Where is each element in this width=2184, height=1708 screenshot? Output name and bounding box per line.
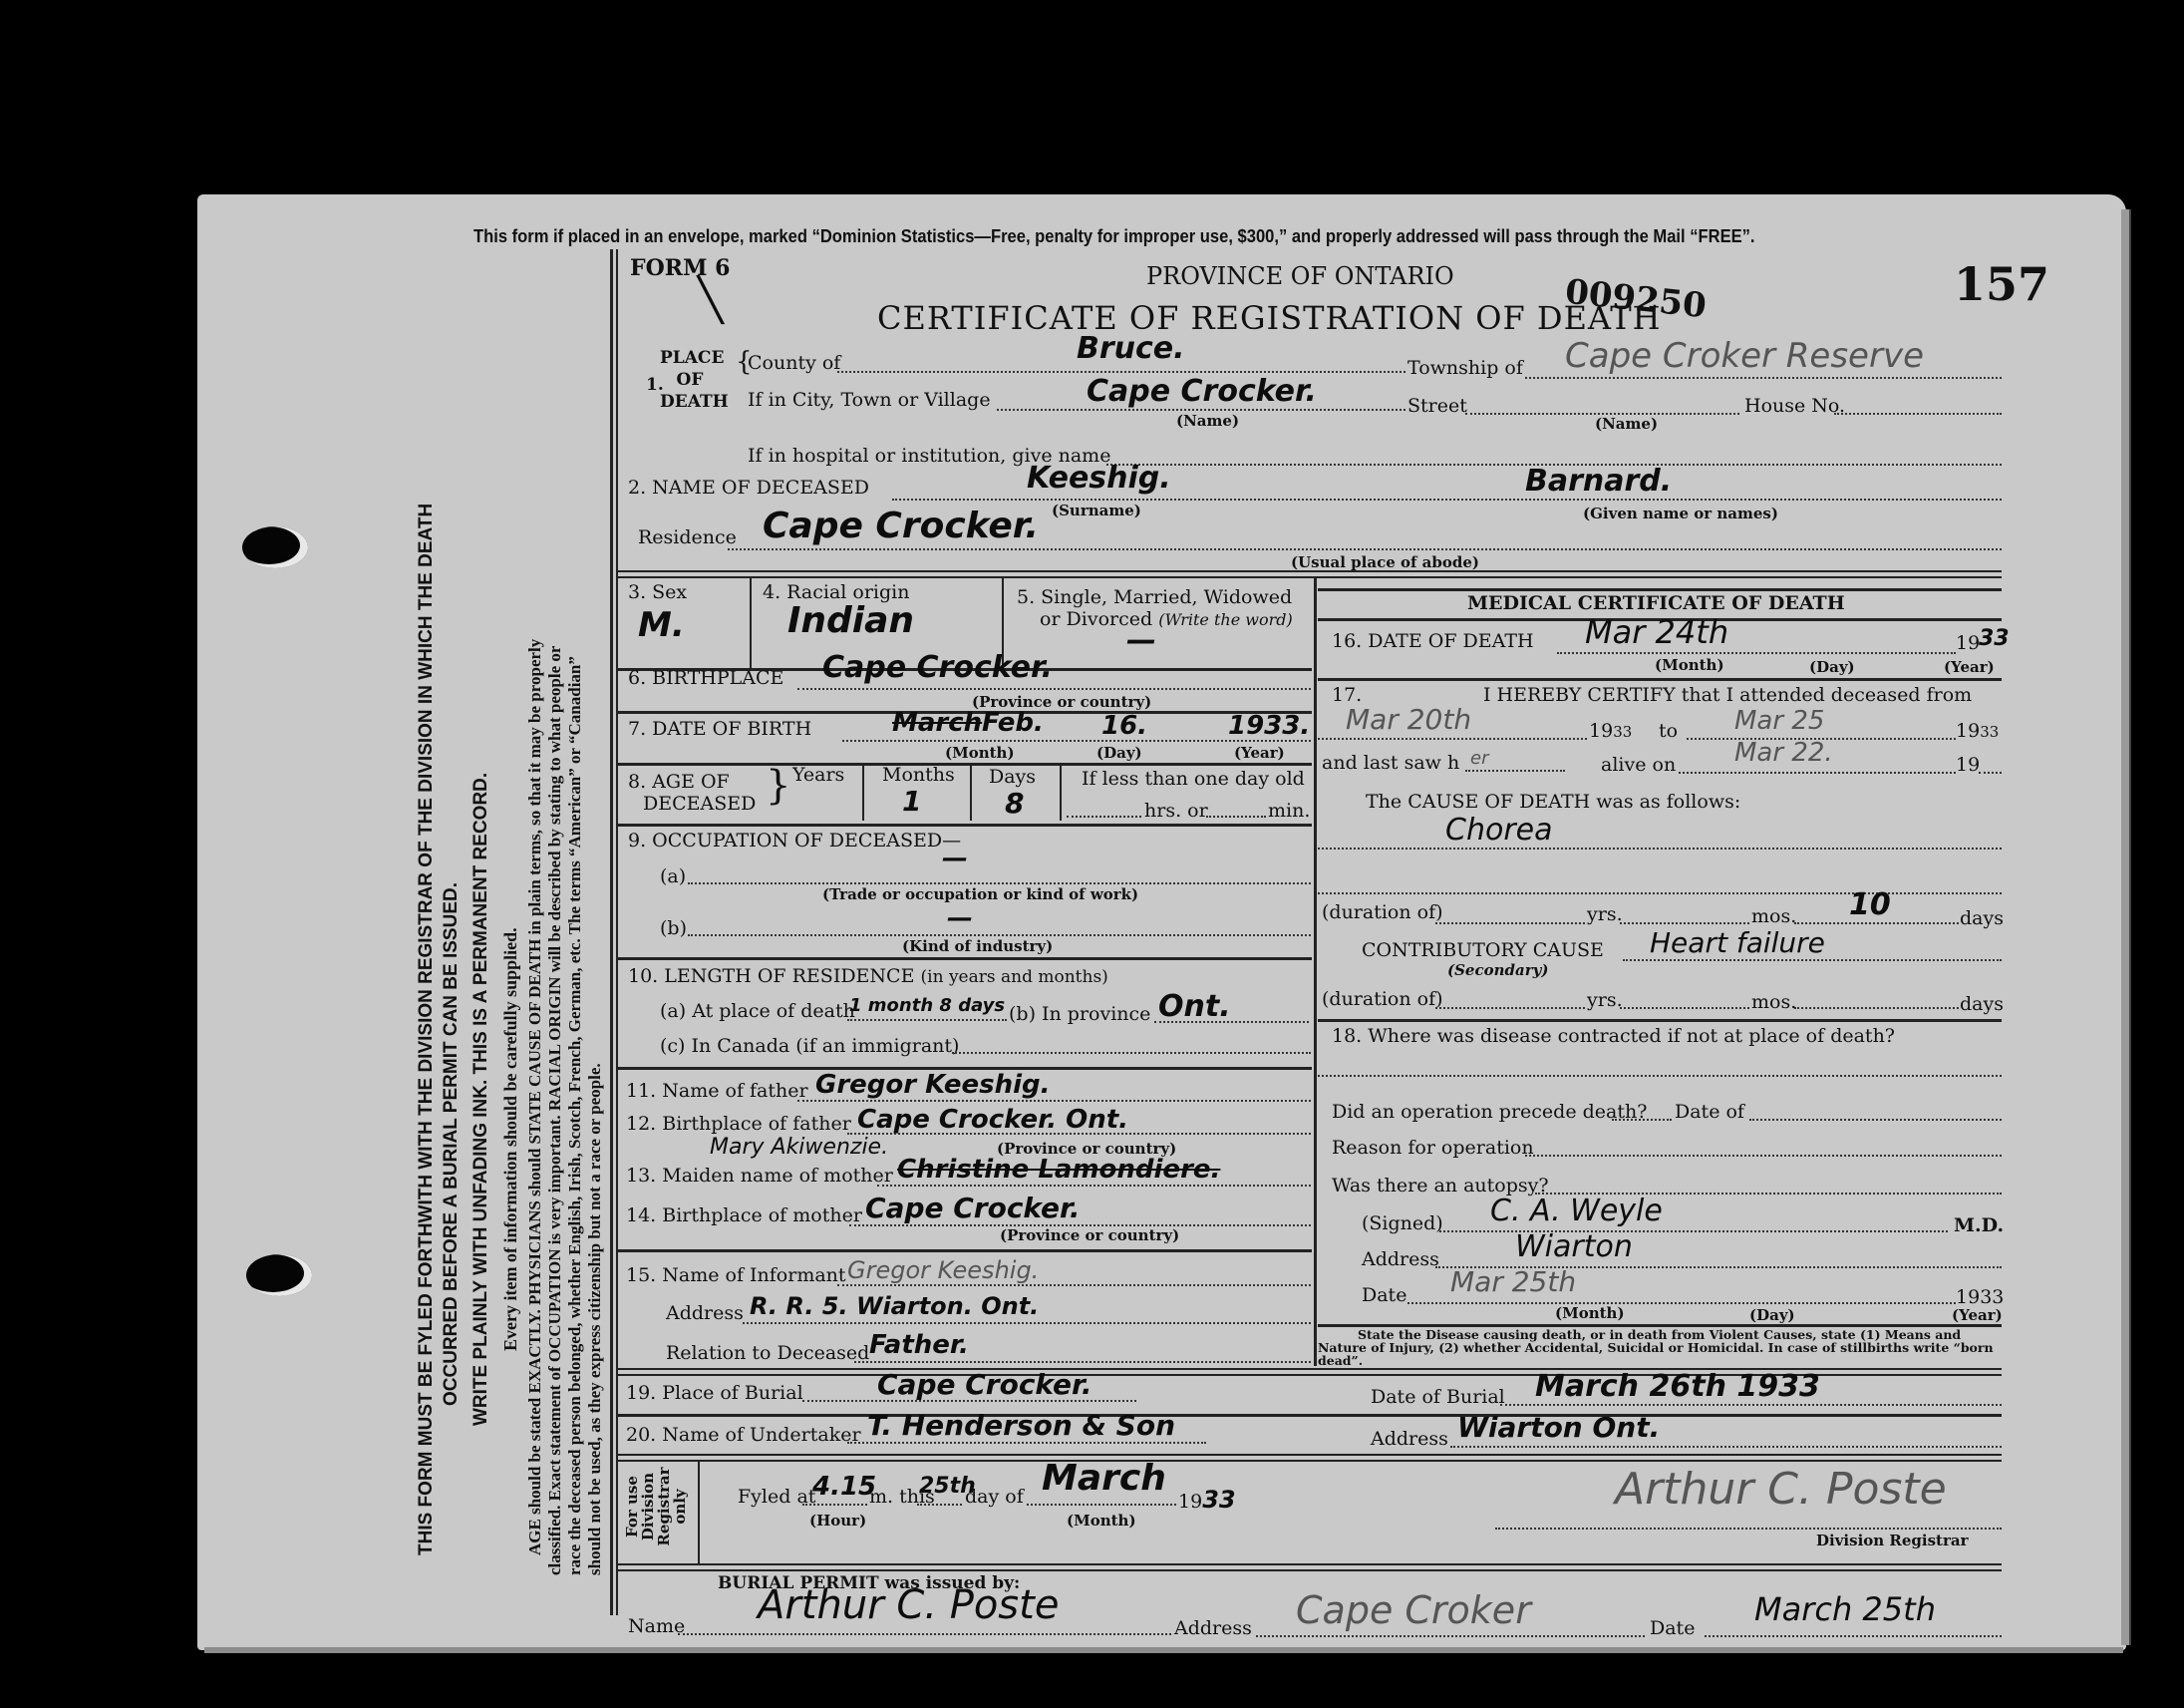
city-label: If in City, Town or Village [748,391,991,410]
certificate-date-year: 1933 [1956,1288,2004,1307]
dotted-line [1465,770,1565,772]
days-label: days [1960,995,2004,1014]
fyled-month-value[interactable]: March [1042,1461,1166,1497]
margin-instruction-7: race the deceased person belonged, wheth… [566,656,583,1575]
section-rule [618,1454,2002,1462]
permit-name-value[interactable]: Arthur C. Poste [758,1585,1059,1625]
birthplace-label: 6. BIRTHPLACE [628,664,783,688]
informant-address-label: Address [666,1304,744,1323]
occupation-label: 9. OCCUPATION OF DECEASED— [628,832,961,851]
undertaker-address-label: Address [1371,1430,1448,1449]
birthplace-value[interactable]: Cape Crocker. [822,653,1053,683]
row-rule [618,1414,2002,1417]
yrs-label: yrs. [1587,991,1623,1010]
caption: (Name) [1176,414,1239,429]
dotted-line [1256,1635,1645,1637]
given-name-value[interactable]: Barnard. [1525,467,1672,497]
caption: (Usual place of abode) [1291,555,1479,570]
to-label: to [1659,722,1678,741]
age-days-label: Days [989,768,1036,787]
registrar-only-label: For use Division Registrar only [624,1462,688,1551]
certificate-title: CERTIFICATE OF REGISTRATION OF DEATH [877,302,1662,334]
dotted-line [847,1442,1206,1444]
place-of-burial-label: 19. Place of Burial [626,1384,803,1403]
mother-maiden-name-label: 13. Maiden name of mother [626,1167,893,1186]
day-of-label: day of [965,1488,1024,1507]
permit-date-label: Date [1650,1619,1695,1638]
residence-value[interactable]: Cape Crocker. [763,509,1039,544]
brace-icon: } [766,766,790,806]
dotted-line [1318,892,2002,894]
margin-instruction-1: THIS FORM MUST BE FYLED FORTHWITH WITH T… [417,504,436,1555]
father-birthplace-label: 12. Birthplace of father [626,1115,851,1134]
racial-origin-value[interactable]: Indian [787,603,914,639]
row-rule [618,957,1312,960]
dotted-line [1525,377,2002,379]
caption: (Year) [1952,1308,2003,1323]
province-heading: PROVINCE OF ONTARIO [1146,264,1454,288]
relation-value[interactable]: Father. [869,1332,969,1358]
medical-heading: MEDICAL CERTIFICATE OF DEATH [1467,594,1845,613]
year-prefix: 19 [1956,634,1980,653]
duration-mos-value[interactable]: 10 [1849,890,1891,920]
residence-label: Residence [638,528,737,547]
date-of-birth-label: 7. DATE OF BIRTH [628,720,811,739]
row-rule [618,824,1312,827]
dotted-line [802,1504,867,1506]
row-rule [618,1249,1312,1252]
row-rule [1318,1019,2002,1022]
medical-note: State the Disease causing death, or in d… [1318,1328,2002,1367]
mother-maiden-name-struck: Christine Lamondiere. [897,1157,1220,1183]
attended-to-year: 1933 [1956,722,1999,741]
marital-label: 5. Single, Married, Widowed [1017,588,1292,607]
cell-divider [1060,766,1062,821]
dob-day-value[interactable]: 16. [1101,713,1147,739]
relation-label: Relation to Deceased [666,1344,869,1363]
place-of-burial-value[interactable]: Cape Crocker. [877,1371,1092,1399]
residence-in-province-value[interactable]: Ont. [1158,992,1231,1022]
caption: (Day) [1809,660,1855,675]
cell-divider [862,766,864,821]
father-name-value[interactable]: Gregor Keeshig. [815,1072,1051,1098]
punch-hole-icon [242,526,308,568]
alive-on-value[interactable]: Mar 22. [1734,740,1833,766]
residence-in-province-label: (b) In province [1009,1005,1150,1024]
place-of-death-label: PLACEOFDEATH [660,347,720,413]
permit-address-value[interactable]: Cape Croker [1296,1591,1531,1629]
father-birthplace-value[interactable]: Cape Crocker. Ont. [857,1107,1128,1133]
dotted-line [1495,1528,2002,1530]
dotted-line [1979,772,2002,774]
sex-value[interactable]: M. [638,608,685,642]
house-number-label: House No. [1744,397,1845,416]
margin-instruction-5: AGE should be stated EXACTLY. PHYSICIANS… [526,639,543,1555]
dotted-line [1612,1119,1672,1121]
dotted-line [1067,816,1141,818]
dotted-line [678,1633,1171,1635]
caption: (Kind of industry) [902,939,1053,954]
fyled-year: 1933 [1178,1488,1236,1512]
marital-label-2: or Divorced (Write the word) [1040,610,1293,629]
yrs-label: yrs. [1587,905,1623,924]
surname-value[interactable]: Keeshig. [1027,464,1171,494]
dotted-line [1794,922,1959,924]
dotted-line [1794,1007,1959,1009]
registrar-signature[interactable]: Arthur C. Poste [1615,1468,1947,1512]
mos-label: mos. [1751,907,1796,926]
residence-in-canada-label: (c) In Canada (if an immigrant) [660,1037,959,1056]
age-years-label: Years [792,766,844,785]
cause-label: The CAUSE OF DEATH was as follows: [1366,793,1740,812]
undertaker-label: 20. Name of Undertaker [626,1426,861,1445]
check-mark-icon: ╲ [698,279,723,321]
mailing-notice: This form if placed in an envelope, mark… [473,227,1755,245]
dotted-line [854,1361,1311,1363]
caption: (Given name or names) [1583,507,1778,521]
sex-label: 3. Sex [628,583,687,602]
dotted-line [797,1100,1311,1102]
caption: (Surname) [1052,504,1141,518]
physician-address-label: Address [1362,1250,1439,1269]
informant-name-value[interactable]: Gregor Keeshig. [847,1258,1039,1282]
alive-on-label: alive on [1601,756,1676,775]
occupation-b-value[interactable]: — [947,905,973,931]
cell-divider [750,576,752,668]
duration-label: (duration of) [1322,990,1443,1009]
row-rule [618,763,1312,766]
dotted-line [1679,772,1956,774]
dotted-line [1450,1446,2002,1448]
township-label: Township of [1407,359,1523,378]
margin-instruction-6: classified. Exact statement of OCCUPATIO… [546,646,563,1575]
row-rule [1318,678,2002,681]
min-label: min. [1268,802,1310,821]
physician-address-value[interactable]: Wiarton [1515,1232,1633,1262]
dob-month-struck: March [892,710,982,736]
date-of-death-year[interactable]: 33 [1979,628,2010,650]
dotted-line [688,882,1311,884]
caption: (Hour) [809,1514,866,1529]
margin-instruction-3: WRITE PLAINLY WITH UNFADING INK. THIS IS… [471,773,490,1426]
dotted-line [1620,922,1749,924]
caption: (Province or country) [1000,1228,1179,1243]
reason-label: Reason for operation [1332,1139,1534,1158]
dotted-line [743,1322,1311,1324]
dotted-line [1557,652,1956,654]
dotted-line [837,1284,1311,1286]
undertaker-address-value[interactable]: Wiarton Ont. [1457,1414,1660,1442]
contributory-cause-label: CONTRIBUTORY CAUSE [1362,941,1604,960]
street-label: Street [1407,397,1467,416]
mos-label: mos. [1751,993,1796,1012]
dotted-line [917,1504,962,1506]
section-rule [618,1563,2002,1571]
cell-divider [970,766,972,821]
operation-date-label: Date of [1675,1103,1744,1122]
dob-year-value[interactable]: 1933. [1228,713,1310,739]
row-rule [1318,588,2002,591]
punch-hole-icon [246,1254,312,1296]
less-than-day-label: If less than one day old [1082,770,1305,789]
mother-name-correction[interactable]: Mary Akiwenzie. [710,1137,888,1159]
undertaker-value[interactable]: T. Henderson & Son [867,1412,1175,1440]
operation-label: Did an operation precede death? [1332,1103,1647,1122]
caption: (Month) [1655,658,1724,673]
caption: (Name) [1595,417,1658,432]
attended-from-year: 1933 [1589,722,1632,741]
cell-divider [698,1460,700,1563]
signed-label: (Signed) [1362,1214,1443,1233]
dotted-line [1834,413,2002,415]
occupation-a-value[interactable]: — [942,846,968,871]
father-name-label: 11. Name of father [626,1082,808,1101]
caption: (Secondary) [1447,963,1548,978]
informant-name-label: 15. Name of Informant [626,1266,846,1285]
days-label: days [1960,909,2004,928]
date-of-death-label: 16. DATE OF DEATH [1332,632,1534,651]
dotted-line [1749,1119,2002,1121]
mother-birthplace-value[interactable]: Cape Crocker. [865,1195,1080,1222]
date-of-death-value[interactable]: Mar 24th [1585,616,1728,648]
dotted-line [1318,738,1587,740]
dotted-line [1027,1504,1176,1506]
last-saw-label: and last saw h [1322,754,1459,773]
informant-address-value[interactable]: R. R. 5. Wiarton. Ont. [750,1294,1039,1318]
permit-name-label: Name [628,1617,685,1636]
duration-label: (duration of) [1322,903,1443,922]
caption: (Day) [1749,1308,1795,1323]
dotted-line [892,499,2002,501]
margin-instruction-2: OCCURRED BEFORE A BURIAL PERMIT CAN BE I… [442,882,461,1406]
physician-signature[interactable]: C. A. Weyle [1490,1196,1663,1226]
column-divider [1314,576,1317,1366]
age-days-value[interactable]: 8 [1005,790,1024,818]
age-label: 8. AGE OF [628,773,730,792]
dotted-line [837,371,1405,373]
certify-text: I HEREBY CERTIFY that I attended decease… [1483,686,1972,705]
dotted-line [1620,1007,1749,1009]
caption: (Year) [1944,660,1995,675]
section-rule [618,570,2002,578]
margin-instruction-8: should not be used, as they express citi… [586,1063,603,1575]
residence-at-place-value[interactable]: 1 month 8 days [849,997,1005,1015]
fyled-hour-value[interactable]: 4.15 [812,1474,876,1500]
hrs-label: hrs. or [1144,802,1208,821]
form-left-rule [610,249,613,1615]
dotted-line [797,688,1311,690]
dob-month-value[interactable]: Feb. [982,710,1044,736]
attended-from-value[interactable]: Mar 20th [1346,706,1471,734]
certificate-date-value[interactable]: Mar 25th [1450,1268,1576,1296]
caption: (Day) [1096,746,1142,761]
margin-instruction-4: Every item of information should be care… [501,927,519,1351]
last-saw-pronoun[interactable]: er [1470,750,1488,768]
permit-date-value[interactable]: March 25th [1754,1593,1936,1625]
dotted-line [952,1052,1311,1054]
dotted-line [1318,848,2002,850]
dotted-line [1435,1007,1585,1009]
md-label: M.D. [1954,1216,2004,1235]
caption: (Trade or occupation or kind of work) [822,887,1138,902]
occupation-a-label: (a) [660,867,686,886]
dotted-line [1623,959,2002,961]
page-number: 157 [1954,261,2049,307]
cause-value[interactable]: Chorea [1445,816,1553,846]
year-prefix: 19 [1956,756,1980,775]
caption: (Month) [1555,1306,1625,1321]
age-label-2: DECEASED [643,795,756,814]
caption: (Month) [1067,1514,1136,1529]
stacked-sheet-edge-bottom [204,1647,2123,1653]
dotted-line [1525,1155,2002,1157]
dotted-line [1705,1635,2002,1637]
stacked-sheet-edge [2121,209,2131,1645]
dotted-line [1500,1404,2002,1406]
dotted-line [688,934,1311,936]
attended-to-value[interactable]: Mar 25 [1734,708,1824,734]
dotted-line [997,409,1405,411]
occupation-b-label: (b) [660,919,687,938]
county-value[interactable]: Bruce. [1077,334,1185,364]
disease-contracted-label: 18. Where was disease contracted if not … [1332,1027,1895,1046]
caption: (Month) [945,746,1015,761]
township-value[interactable]: Cape Croker Reserve [1565,339,1924,373]
dotted-line [728,548,2002,550]
form-left-rule-inner [616,249,618,1615]
contributory-cause-value[interactable]: Heart failure [1650,929,1825,957]
date-of-burial-value[interactable]: March 26th 1933 [1535,1372,1820,1402]
age-months-label: Months [882,766,955,785]
city-value[interactable]: Cape Crocker. [1087,377,1317,407]
dotted-line [1206,816,1266,818]
residence-length-label: 10. LENGTH OF RESIDENCE (in years and mo… [628,967,1108,986]
dotted-line [847,1019,1007,1021]
marital-value[interactable]: — [1126,626,1156,656]
certificate-date-label: Date [1362,1286,1406,1305]
mother-birthplace-label: 14. Birthplace of mother [626,1206,862,1225]
age-months-value[interactable]: 1 [902,788,921,816]
dotted-line [1407,1302,1956,1304]
caption: Division Registrar [1816,1534,1969,1548]
county-label: County of [748,354,840,373]
dotted-line [1435,922,1585,924]
caption: (Year) [1234,746,1285,761]
dotted-line [877,1185,1311,1187]
residence-at-place-label: (a) At place of death [660,1002,855,1021]
name-of-deceased-label: 2. NAME OF DECEASED [628,479,869,498]
dotted-line [1318,1075,2002,1077]
date-of-burial-label: Date of Burial [1371,1388,1505,1407]
permit-address-label: Address [1174,1619,1252,1638]
